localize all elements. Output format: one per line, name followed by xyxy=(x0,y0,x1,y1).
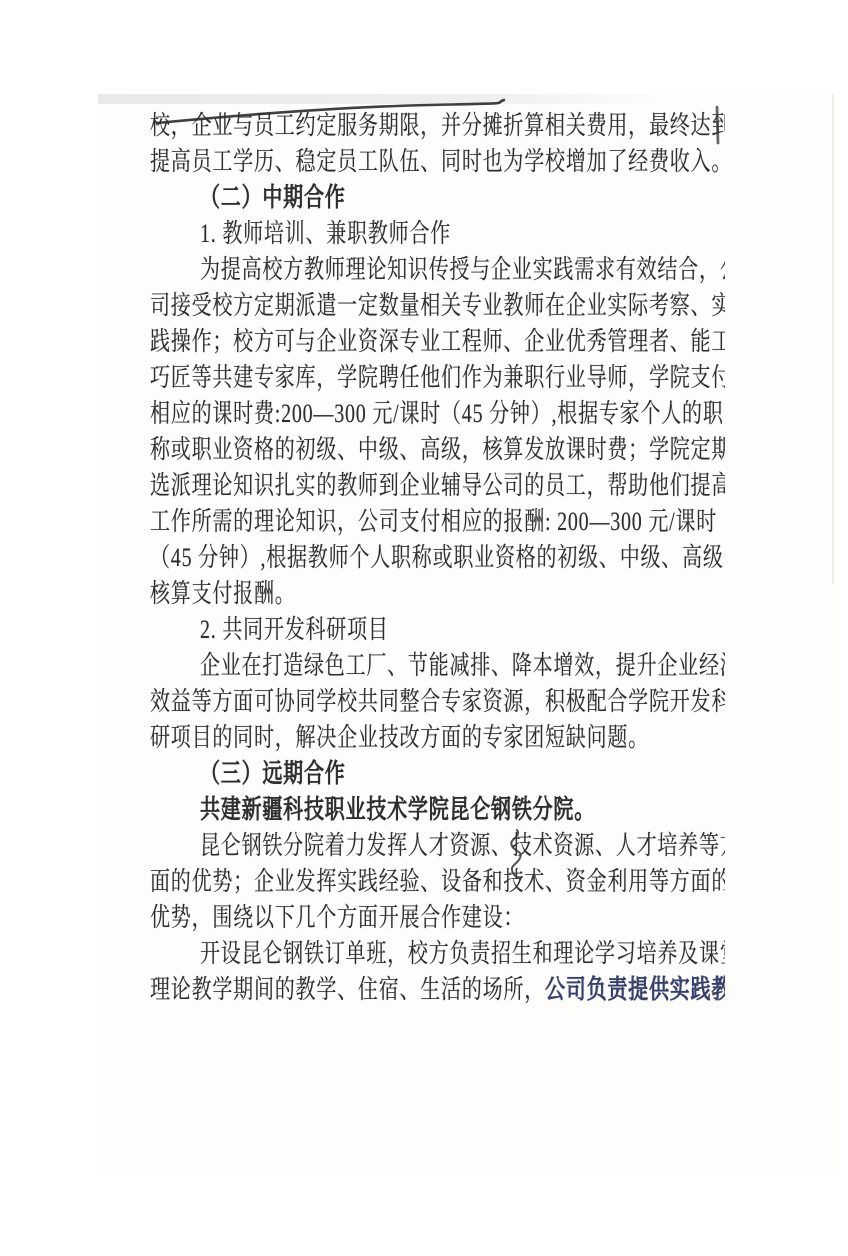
document-line: 校，企业与员工约定服务期限，并分摊折算相关费用，最终达到 xyxy=(150,108,725,144)
document-line: 共建新疆科技职业技术学院昆仑钢铁分院。 xyxy=(150,792,725,828)
document-line-text: 司接受校方定期派遣一定数量相关专业教师在企业实际考察、实 xyxy=(150,288,725,324)
document-line: 优势，围绕以下几个方面开展合作建设： xyxy=(150,900,725,936)
document-line: （三）远期合作 xyxy=(150,756,725,792)
document-line: 工作所需的理论知识，公司支付相应的报酬: 200—300 元/课时 xyxy=(150,504,725,540)
document-line-text: 1. 教师培训、兼职教师合作 xyxy=(200,216,451,252)
document-line: 为提高校方教师理论知识传授与企业实践需求有效结合，公 xyxy=(150,252,725,288)
document-line: 称或职业资格的初级、中级、高级，核算发放课时费；学院定期 xyxy=(150,432,725,468)
document-line-text: 研项目的同时，解决企业技改方面的专家团短缺问题。 xyxy=(150,720,649,756)
document-line-text: （45 分钟）,根据教师个人职称或职业资格的初级、中级、高级， xyxy=(150,540,725,576)
document-line-text: 工作所需的理论知识，公司支付相应的报酬: 200—300 元/课时 xyxy=(150,504,717,540)
document-line-text: 共建新疆科技职业技术学院昆仑钢铁分院。 xyxy=(200,792,595,828)
document-line-text: 2. 共同开发科研项目 xyxy=(200,612,389,648)
document-line-text: 优势，围绕以下几个方面开展合作建设： xyxy=(150,900,524,936)
document-line-text: 选派理论知识扎实的教师到企业辅导公司的员工，帮助他们提高 xyxy=(150,468,725,504)
scan-edge-line xyxy=(832,94,834,584)
document-line-text: 效益等方面可协同学校共同整合专家资源，积极配合学院开发科 xyxy=(150,684,725,720)
document-line-text: 践操作；校方可与企业资深专业工程师、企业优秀管理者、能工 xyxy=(150,324,725,360)
document-line-text: 核算支付报酬。 xyxy=(150,576,296,612)
document-line-text: 昆仑钢铁分院着力发挥人才资源、技术资源、人才培养等方 xyxy=(200,828,725,864)
document-line: （二）中期合作 xyxy=(150,180,725,216)
document-line: 选派理论知识扎实的教师到企业辅导公司的员工，帮助他们提高 xyxy=(150,468,725,504)
document-line: 研项目的同时，解决企业技改方面的专家团短缺问题。 xyxy=(150,720,725,756)
document-line-text: 理论教学期间的教学、住宿、生活的场所，公司负责提供实践教 xyxy=(150,972,725,1008)
document-line-text: 校，企业与员工约定服务期限，并分摊折算相关费用，最终达到 xyxy=(150,108,725,144)
document-line: 2. 共同开发科研项目 xyxy=(150,612,725,648)
scan-edge-band xyxy=(98,94,658,104)
document-line: 核算支付报酬。 xyxy=(150,576,725,612)
document-line: 效益等方面可协同学校共同整合专家资源，积极配合学院开发科 xyxy=(150,684,725,720)
document-line: 1. 教师培训、兼职教师合作 xyxy=(150,216,725,252)
document-body: 校，企业与员工约定服务期限，并分摊折算相关费用，最终达到提高员工学历、稳定员工队… xyxy=(150,108,725,1008)
document-line-text: 为提高校方教师理论知识传授与企业实践需求有效结合，公 xyxy=(200,252,725,288)
document-line-text: 开设昆仑钢铁订单班，校方负责招生和理论学习培养及课堂 xyxy=(200,936,725,972)
blue-ink-text: 公司负责提供实践教 xyxy=(545,975,725,1004)
document-line: （45 分钟）,根据教师个人职称或职业资格的初级、中级、高级， xyxy=(150,540,725,576)
document-line-text: 企业在打造绿色工厂、节能减排、降本增效，提升企业经济 xyxy=(200,648,725,684)
document-line: 昆仑钢铁分院着力发挥人才资源、技术资源、人才培养等方 xyxy=(150,828,725,864)
document-line: 理论教学期间的教学、住宿、生活的场所，公司负责提供实践教 xyxy=(150,972,725,1008)
document-line: 践操作；校方可与企业资深专业工程师、企业优秀管理者、能工 xyxy=(150,324,725,360)
document-line-text: 相应的课时费:200—300 元/课时（45 分钟）,根据专家个人的职 xyxy=(150,396,724,432)
document-line-text: （二）中期合作 xyxy=(200,180,346,216)
document-line-text: 提高员工学历、稳定员工队伍、同时也为学校增加了经费收入。 xyxy=(150,144,725,180)
document-line: 面的优势；企业发挥实践经验、设备和技术、资金利用等方面的 xyxy=(150,864,725,900)
document-line-text: 称或职业资格的初级、中级、高级，核算发放课时费；学院定期 xyxy=(150,432,725,468)
document-line-text: （三）远期合作 xyxy=(200,756,346,792)
document-line: 巧匠等共建专家库，学院聘任他们作为兼职行业导师，学院支付 xyxy=(150,360,725,396)
document-line: 开设昆仑钢铁订单班，校方负责招生和理论学习培养及课堂 xyxy=(150,936,725,972)
document-line: 相应的课时费:200—300 元/课时（45 分钟）,根据专家个人的职 xyxy=(150,396,725,432)
document-line-text: 巧匠等共建专家库，学院聘任他们作为兼职行业导师，学院支付 xyxy=(150,360,725,396)
document-line: 企业在打造绿色工厂、节能减排、降本增效，提升企业经济 xyxy=(150,648,725,684)
document-line: 司接受校方定期派遣一定数量相关专业教师在企业实际考察、实 xyxy=(150,288,725,324)
document-line-text: 面的优势；企业发挥实践经验、设备和技术、资金利用等方面的 xyxy=(150,864,725,900)
document-line: 提高员工学历、稳定员工队伍、同时也为学校增加了经费收入。 xyxy=(150,144,725,180)
